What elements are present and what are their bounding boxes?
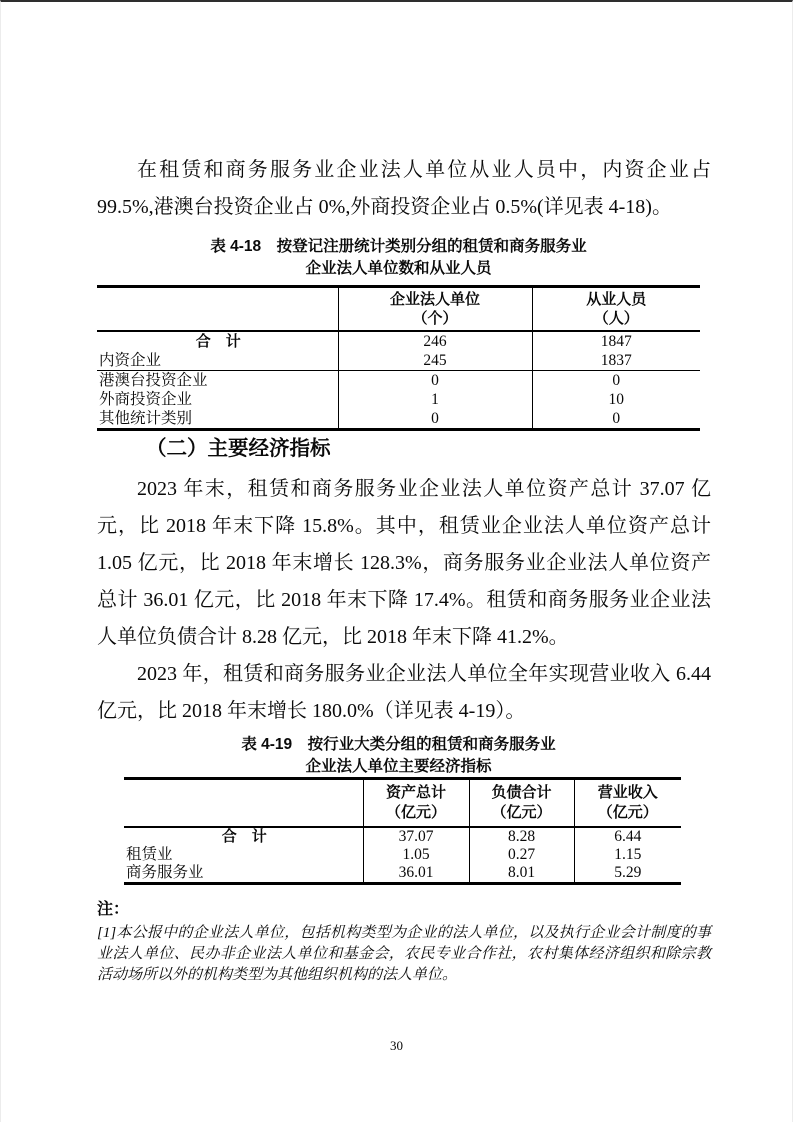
table-4-19-caption: 表 4-19 按行业大类分组的租赁和商务服务业 企业法人单位主要经济指标	[97, 734, 700, 778]
table-4-19-header-row: 资产总计 （亿元） 负债合计 （亿元） 营业收入 （亿元）	[124, 779, 681, 828]
row-label: 外商投资企业	[97, 390, 338, 409]
cell-units: 0	[338, 371, 532, 391]
cell-liabilities: 8.28	[469, 827, 574, 846]
intro-paragraph: 在租赁和商务服务业企业法人单位从业人员中，内资企业占99.5%,港澳台投资企业占…	[97, 152, 711, 226]
table-4-18-header-row: 企业法人单位 （个） 从业人员 （人）	[97, 287, 700, 332]
cell-assets: 36.01	[363, 864, 469, 884]
table-4-18: 企业法人单位 （个） 从业人员 （人） 合 计 246 1847 内资企业 24…	[97, 285, 700, 431]
column-header-empty	[97, 287, 338, 332]
column-header-title: 企业法人单位	[339, 290, 532, 309]
column-header-unit: （亿元）	[470, 803, 574, 823]
cell-assets: 37.07	[363, 827, 469, 846]
note-item: [1]本公报中的企业法人单位，包括机构类型为企业的法人单位，以及执行企业会计制度…	[97, 923, 711, 986]
table-row: 合 计 246 1847	[97, 331, 700, 351]
cell-units: 246	[338, 331, 532, 351]
cell-revenue: 1.15	[574, 846, 681, 864]
row-label: 合 计	[124, 827, 363, 846]
column-header-title: 资产总计	[364, 783, 469, 803]
row-label: 其他统计类别	[97, 409, 338, 430]
table-row: 租赁业 1.05 0.27 1.15	[124, 846, 681, 864]
revenue-paragraph: 2023 年，租赁和商务服务业企业法人单位全年实现营业收入 6.44 亿元，比 …	[97, 656, 711, 730]
column-header-total-assets: 资产总计 （亿元）	[363, 779, 469, 828]
cell-liabilities: 8.01	[469, 864, 574, 884]
row-label: 租赁业	[124, 846, 363, 864]
document-page: 在租赁和商务服务业企业法人单位从业人员中，内资企业占99.5%,港澳台投资企业占…	[0, 0, 793, 1122]
cell-persons: 0	[532, 371, 700, 391]
column-header-total-liabilities: 负债合计 （亿元）	[469, 779, 574, 828]
table-4-19-caption-line1: 表 4-19 按行业大类分组的租赁和商务服务业	[97, 734, 700, 756]
row-label: 内资企业	[97, 351, 338, 371]
table-row: 内资企业 245 1837	[97, 351, 700, 371]
column-header-legal-units: 企业法人单位 （个）	[338, 287, 532, 332]
column-header-title: 营业收入	[575, 783, 682, 803]
table-row: 港澳台投资企业 0 0	[97, 371, 700, 391]
cell-persons: 1837	[532, 351, 700, 371]
table-row: 其他统计类别 0 0	[97, 409, 700, 430]
cell-liabilities: 0.27	[469, 846, 574, 864]
column-header-unit: （人）	[533, 309, 701, 328]
page-number: 30	[1, 1038, 792, 1054]
column-header-unit: （个）	[339, 309, 532, 328]
cell-revenue: 6.44	[574, 827, 681, 846]
cell-persons: 10	[532, 390, 700, 409]
table-4-19-caption-line2: 企业法人单位主要经济指标	[97, 756, 700, 778]
cell-assets: 1.05	[363, 846, 469, 864]
assets-paragraph: 2023 年末，租赁和商务服务业企业法人单位资产总计 37.07 亿元，比 20…	[97, 471, 711, 656]
column-header-operating-revenue: 营业收入 （亿元）	[574, 779, 681, 828]
cell-persons: 1847	[532, 331, 700, 351]
notes-section: 注： [1]本公报中的企业法人单位，包括机构类型为企业的法人单位，以及执行企业会…	[97, 899, 711, 986]
column-header-title: 从业人员	[533, 290, 701, 309]
table-4-19: 资产总计 （亿元） 负债合计 （亿元） 营业收入 （亿元） 合 计 37.07 …	[124, 777, 681, 885]
notes-label: 注：	[97, 899, 711, 921]
cell-units: 0	[338, 409, 532, 430]
section-heading: （二）主要经济指标	[97, 437, 711, 461]
table-row: 外商投资企业 1 10	[97, 390, 700, 409]
column-header-empty	[124, 779, 363, 828]
table-row: 合 计 37.07 8.28 6.44	[124, 827, 681, 846]
table-4-18-caption-line2: 企业法人单位数和从业人员	[97, 258, 700, 280]
column-header-unit: （亿元）	[364, 803, 469, 823]
table-row: 商务服务业 36.01 8.01 5.29	[124, 864, 681, 884]
table-4-18-caption-line1: 表 4-18 按登记注册统计类别分组的租赁和商务服务业	[97, 236, 700, 258]
cell-units: 1	[338, 390, 532, 409]
cell-persons: 0	[532, 409, 700, 430]
row-label: 港澳台投资企业	[97, 371, 338, 391]
column-header-unit: （亿元）	[575, 803, 682, 823]
cell-units: 245	[338, 351, 532, 371]
row-label: 合 计	[97, 331, 338, 351]
table-4-18-caption: 表 4-18 按登记注册统计类别分组的租赁和商务服务业 企业法人单位数和从业人员	[97, 236, 700, 280]
column-header-employees: 从业人员 （人）	[532, 287, 700, 332]
cell-revenue: 5.29	[574, 864, 681, 884]
column-header-title: 负债合计	[470, 783, 574, 803]
row-label: 商务服务业	[124, 864, 363, 884]
